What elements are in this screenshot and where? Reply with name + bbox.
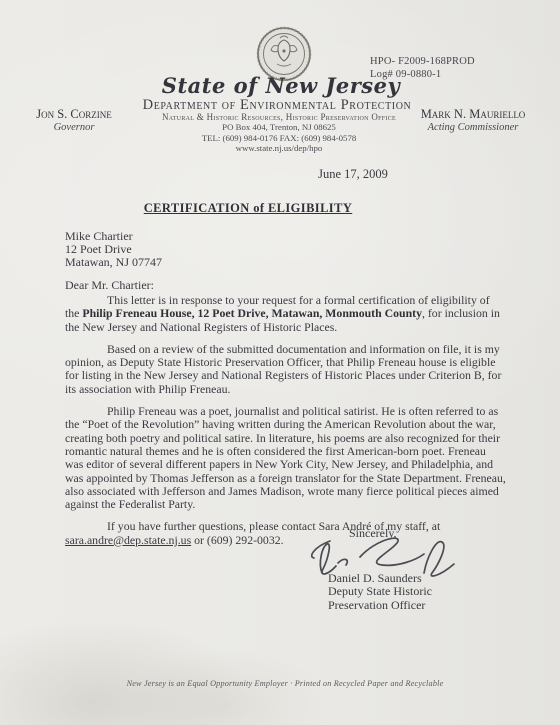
recipient-address-block: Mike Chartier 12 Poet Drive Matawan, NJ … — [65, 230, 162, 270]
office-name: Natural & Historic Resources, Historic P… — [148, 112, 410, 122]
governor-block: Jon S. Corzine Governor — [18, 107, 130, 133]
hpo-reference-number: HPO- F2009-168PROD — [370, 56, 475, 69]
signer-name: Daniel D. Saunders — [328, 572, 432, 585]
signer-title-line2: Preservation Officer — [328, 599, 432, 612]
office-contact-block: Natural & Historic Resources, Historic P… — [148, 112, 410, 154]
paragraph-3: Philip Freneau was a poet, journalist an… — [65, 405, 506, 511]
signer-block: Daniel D. Saunders Deputy State Historic… — [328, 572, 432, 612]
paragraph-1: This letter is in response to your reque… — [65, 294, 506, 334]
office-address: PO Box 404, Trenton, NJ 08625 — [148, 122, 410, 133]
paragraph-2: Based on a review of the submitted docum… — [65, 343, 506, 396]
state-title: State of New Jersey — [0, 73, 560, 98]
governor-name: Jon S. Corzine — [18, 107, 130, 122]
recipient-city-state-zip: Matawan, NJ 07747 — [65, 256, 162, 269]
letter-body: This letter is in response to your reque… — [65, 294, 506, 556]
letter-subject: CERTIFICATION of ELIGIBILITY — [144, 201, 353, 216]
commissioner-name: Mark N. Mauriello — [408, 107, 538, 122]
footer-slogan: New Jersey is an Equal Opportunity Emplo… — [0, 679, 560, 688]
signer-title-line1: Deputy State Historic — [328, 585, 432, 598]
scanned-letter-page: HPO- F2009-168PROD Log# 09-0880-1 State … — [0, 0, 560, 725]
governor-title: Governor — [18, 122, 130, 133]
paragraph-1-property-name: Philip Freneau House, 12 Poet Drive, Mat… — [82, 306, 422, 320]
office-website: www.state.nj.us/dep/hpo — [148, 143, 410, 154]
office-phone-fax: TEL: (609) 984-0176 FAX: (609) 984-0578 — [148, 133, 410, 144]
contact-email: sara.andre@dep.state.nj.us — [65, 533, 191, 547]
paragraph-4-post: or (609) 292-0032. — [191, 533, 283, 547]
salutation: Dear Mr. Chartier: — [65, 278, 154, 293]
letter-date: June 17, 2009 — [318, 167, 388, 182]
commissioner-title: Acting Commissioner — [408, 122, 538, 133]
commissioner-block: Mark N. Mauriello Acting Commissioner — [408, 107, 538, 133]
